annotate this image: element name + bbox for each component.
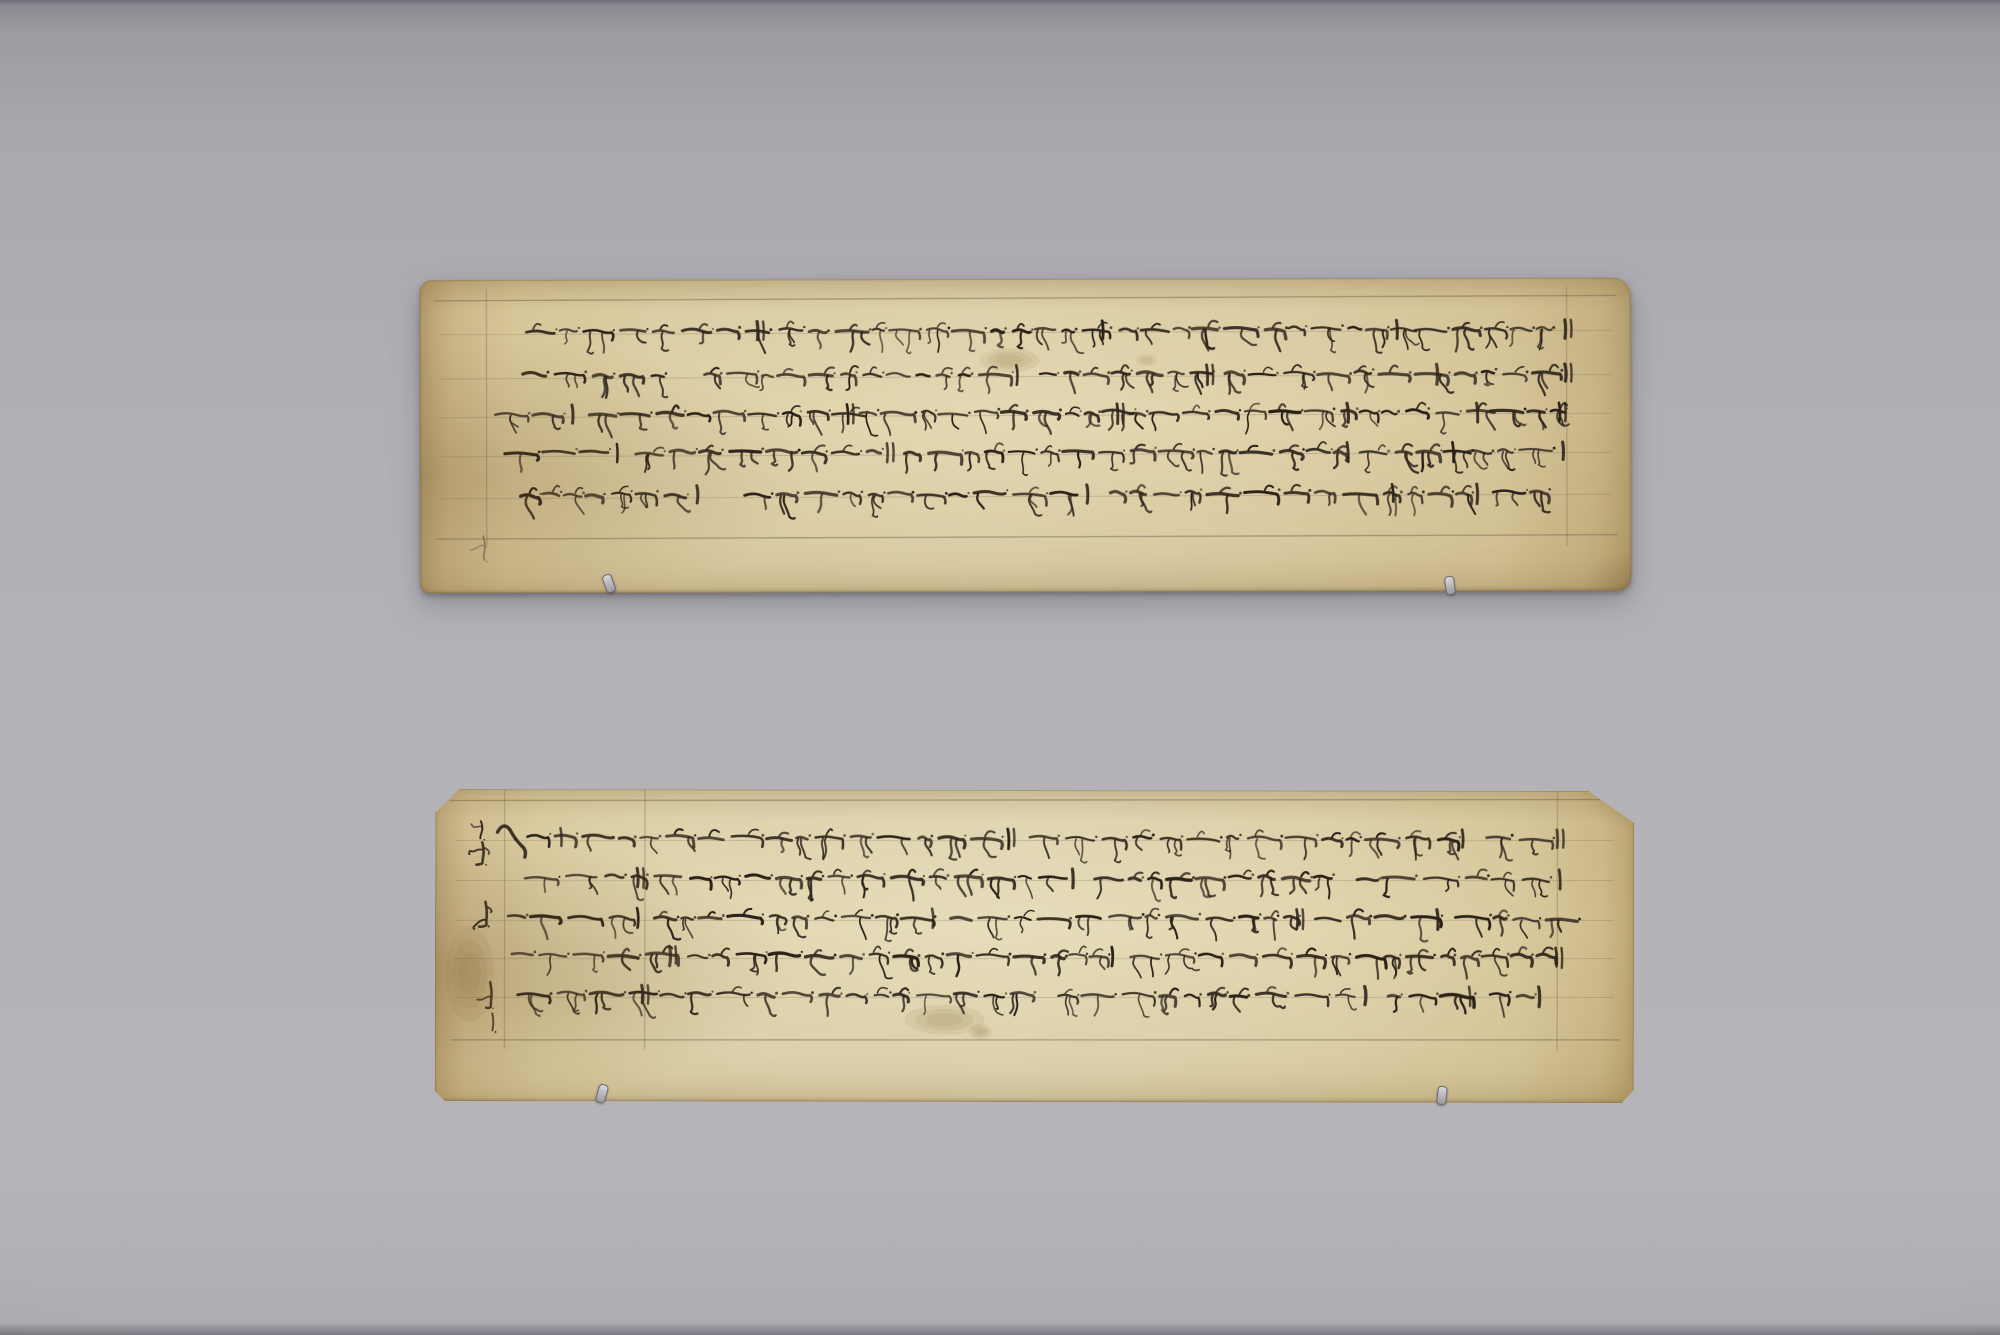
- upper-folio-ink: [420, 278, 1632, 594]
- mount-pins: [0, 0, 2000, 1335]
- photograph: [0, 0, 2000, 1335]
- lower-folio-ink: [435, 789, 1635, 1103]
- vignette-overlay: [0, 0, 2000, 1335]
- upper-folio: [420, 278, 1632, 594]
- lower-folio: [435, 789, 1635, 1103]
